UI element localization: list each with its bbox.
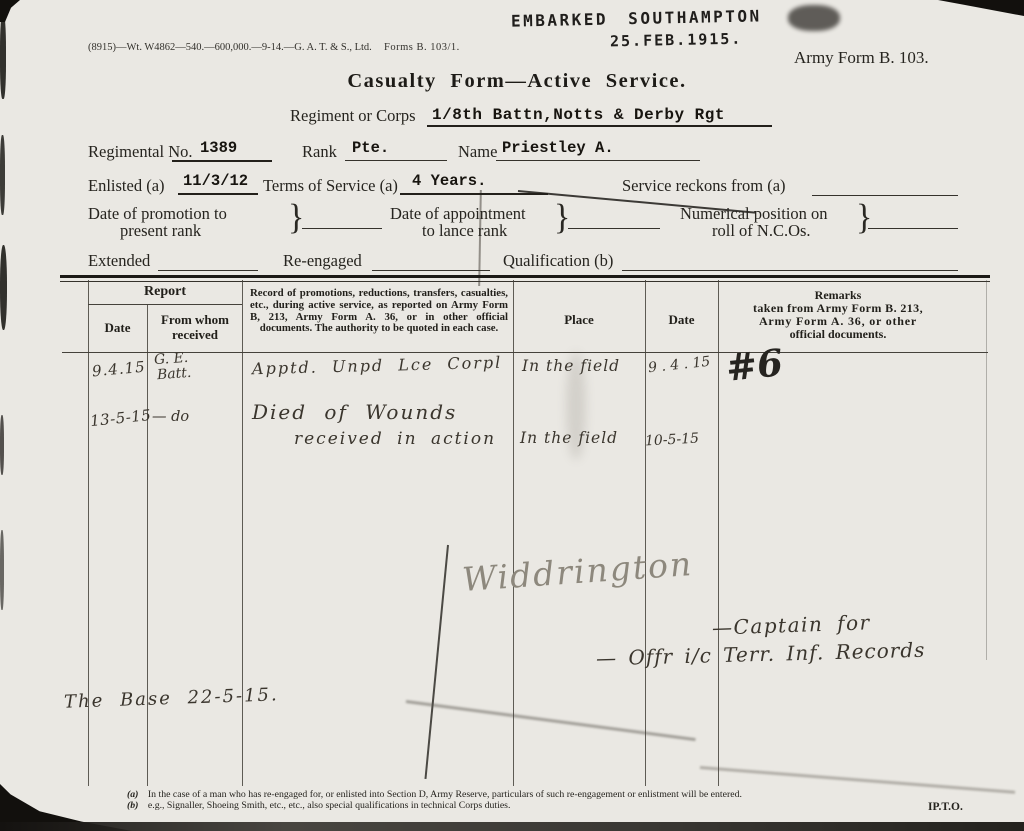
name-underline xyxy=(496,138,700,161)
torn-edge-left-1 xyxy=(0,14,6,99)
torn-edge-left-3 xyxy=(0,245,7,330)
row1-place: In the field xyxy=(522,357,620,375)
casualty-form-document: (8915)—Wt. W4862—540.—600,000.—9-14.—G. … xyxy=(0,0,1024,831)
ink-blot-over-stamp xyxy=(788,5,840,31)
rank-underline xyxy=(345,138,447,161)
footnote-b: (b) e.g., Signaller, Shoeing Smith, etc.… xyxy=(127,800,510,811)
embarked-stamp-date: 25.FEB.1915. xyxy=(610,30,743,51)
row1-record: Apptd. Unpd Lce Corpl xyxy=(252,353,503,379)
regimental-no-underline xyxy=(172,138,272,162)
appointment-label-line2: to lance rank xyxy=(422,221,507,241)
promotion-label-line2: present rank xyxy=(120,221,201,241)
bottom-shadow-bar xyxy=(0,822,1024,831)
col-header-report: Report xyxy=(88,284,242,300)
row1-remarks: #6 xyxy=(724,340,785,390)
pto-label: IP.T.O. xyxy=(928,801,963,813)
row1-from-whom-line2: Batt. xyxy=(156,365,191,383)
promotion-underline xyxy=(302,206,382,229)
base-note: The Base 22-5-15. xyxy=(64,684,279,712)
appointment-underline xyxy=(568,206,660,229)
reckons-label: Service reckons from (a) xyxy=(622,176,786,196)
extended-label: Extended xyxy=(88,251,150,271)
row2-from-whom: — do xyxy=(152,409,189,425)
footnote-b-marker: (b) xyxy=(127,800,138,811)
row2-report-date: 13-5-15 xyxy=(89,406,152,430)
row2-place: In the field xyxy=(520,429,618,447)
table-vline-place xyxy=(513,280,514,786)
reckons-underline xyxy=(812,173,958,196)
row2-record-line1: Died of Wounds xyxy=(252,400,457,424)
print-code: (8915)—Wt. W4862—540.—600,000.—9-14.—G. … xyxy=(88,42,372,53)
pen-stroke-vertical xyxy=(424,545,449,779)
numerical-underline xyxy=(868,206,958,229)
reengaged-underline xyxy=(372,248,490,271)
regiment-label: Regiment or Corps xyxy=(290,106,416,126)
numerical-label-line2: roll of N.C.Os. xyxy=(712,221,811,241)
qualification-underline xyxy=(622,248,958,271)
rank-label: Rank xyxy=(302,142,337,162)
row1-report-date: 9.4.15 xyxy=(91,358,146,381)
footnote-a-text: In the case of a man who has re-engaged … xyxy=(148,789,742,800)
form-ref: Forms B. 103/1. xyxy=(384,42,460,53)
col-header-remarks-line4: official documents. xyxy=(722,327,954,342)
torn-edge-left-5 xyxy=(0,530,4,610)
embarked-stamp-line1: EMBARKED SOUTHAMPTON xyxy=(511,6,762,30)
smudge-line-1 xyxy=(406,700,696,741)
torn-edge-left-2 xyxy=(0,135,5,215)
army-form-label: Army Form B. 103. xyxy=(794,48,929,68)
footnote-a-marker: (a) xyxy=(127,789,138,800)
torn-edge-left-4 xyxy=(0,415,4,475)
footnote-a: (a) In the case of a man who has re-enga… xyxy=(127,789,742,800)
table-vline-date2 xyxy=(645,280,646,786)
row1-date2: 9 . 4 . 15 xyxy=(647,354,711,376)
table-top-rule xyxy=(60,275,990,282)
table-vline-date xyxy=(147,304,148,786)
enlisted-label: Enlisted (a) xyxy=(88,176,165,196)
table-vline-right xyxy=(986,280,987,660)
col-header-record: Record of promotions, reductions, transf… xyxy=(250,288,508,335)
table-vline-fromwhom xyxy=(242,280,243,786)
col-header-date: Date xyxy=(88,320,147,336)
report-divider-rule xyxy=(88,304,242,305)
terms-label: Terms of Service (a) xyxy=(263,176,398,196)
enlisted-underline xyxy=(178,171,258,195)
col-header-date2: Date xyxy=(645,312,718,328)
signature-name: Widdrington xyxy=(461,544,694,599)
row2-record-line2: received in action xyxy=(294,429,496,449)
col-header-place: Place xyxy=(513,312,645,328)
qualification-label: Qualification (b) xyxy=(503,251,613,271)
name-label: Name xyxy=(458,142,497,162)
smudge-line-2 xyxy=(700,766,1015,793)
regiment-underline xyxy=(427,103,772,127)
form-title: Casualty Form—Active Service. xyxy=(347,70,686,93)
table-vline-remarks xyxy=(718,280,719,786)
reengaged-label: Re-engaged xyxy=(283,251,362,271)
terms-underline xyxy=(400,171,548,195)
row2-date2: 10-5-15 xyxy=(645,431,700,450)
footnote-b-text: e.g., Signaller, Shoeing Smith, etc., et… xyxy=(148,800,511,811)
torn-corner-top-right xyxy=(938,0,1024,16)
table-header-bottom-rule xyxy=(62,352,988,353)
col-header-from-whom: From whom received xyxy=(150,312,240,342)
signature-role-line1: —Captain for xyxy=(712,610,871,640)
extended-underline xyxy=(158,248,258,271)
